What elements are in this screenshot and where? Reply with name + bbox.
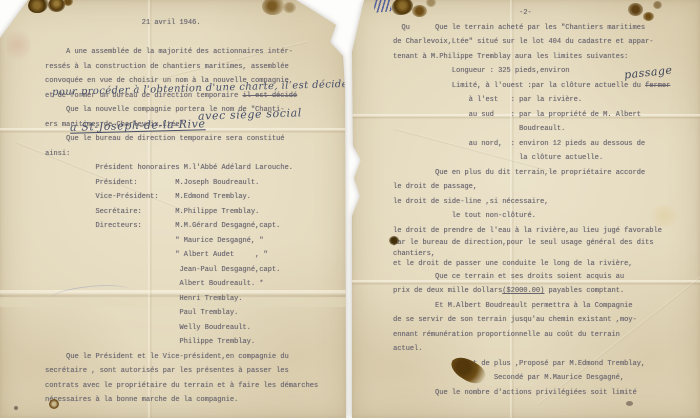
ink-speck bbox=[14, 406, 18, 410]
typed-line: ainsi: bbox=[45, 147, 318, 162]
typed-line: de se servir de son terrain jusqu'au che… bbox=[393, 313, 670, 328]
blue-pen-mark bbox=[373, 0, 391, 13]
document-page-2: -2- Qu Que le terrain acheté par les "Ch… bbox=[352, 0, 700, 418]
typed-line bbox=[45, 31, 318, 46]
typed-line: Président honoraires M.l'Abbé Adélard La… bbox=[45, 161, 318, 176]
typed-line: le droit de side-line ,si nécessaire, bbox=[393, 195, 670, 210]
typed-line: Boudreault. bbox=[393, 122, 670, 137]
rust-stain bbox=[63, 0, 73, 6]
typed-line: Président: M.Joseph Boudreault. bbox=[45, 176, 318, 191]
typed-line: Vice-Président: M.Edmond Tremblay. bbox=[45, 190, 318, 205]
rust-stain bbox=[48, 0, 65, 12]
typed-line: le droit de passage, bbox=[393, 180, 670, 195]
typed-line: Henri Tremblay. bbox=[45, 292, 318, 307]
typed-line: " Albert Audet , " bbox=[45, 248, 318, 263]
typed-line: Welly Boudreault. bbox=[45, 321, 318, 336]
ink-speck bbox=[626, 401, 633, 406]
typed-line: Que le Président et le Vice-président,en… bbox=[45, 350, 318, 365]
typed-line: Jean-Paul Desgagné,capt. bbox=[45, 263, 318, 278]
typed-line: au sud : par la propriété de M. Albert bbox=[393, 108, 670, 123]
corrected-text: il est décidé bbox=[242, 92, 297, 100]
typed-line: le droit de prendre de l'eau à la rivièr… bbox=[393, 224, 670, 239]
typed-line: Il est de plus ,Proposé par M.Edmond Tre… bbox=[393, 357, 670, 372]
corrected-text: fermer bbox=[645, 82, 670, 90]
typed-line: le tout non-clôturé. bbox=[393, 209, 670, 224]
document-page-1: 21 avril 1946. A une assemblée de la maj… bbox=[0, 0, 346, 418]
typed-line: nécessaires à la bonne marche de la comp… bbox=[45, 393, 318, 408]
typed-line: et le droit de passer une conduite le lo… bbox=[393, 259, 670, 270]
typed-line: Que en plus du dit terrain,le propriétai… bbox=[393, 166, 670, 181]
typed-line: Que le nombre d'actions privilégiées soi… bbox=[393, 386, 670, 401]
page-2-wrapper: -2- Qu Que le terrain acheté par les "Ch… bbox=[352, 0, 700, 418]
scanned-document: 21 avril 1946. A une assemblée de la maj… bbox=[0, 0, 700, 418]
page-1-wrapper: 21 avril 1946. A une assemblée de la maj… bbox=[0, 0, 346, 418]
brown-stain bbox=[262, 0, 284, 15]
typed-line: de Charlevoix,Ltée" situé sur le lot 404… bbox=[393, 35, 670, 50]
typed-line: prix de deux mille dollars($2000.00) pay… bbox=[393, 284, 670, 299]
faded-pink-smudge bbox=[6, 26, 30, 64]
typed-line: -2- bbox=[393, 6, 670, 21]
typed-line: ennant rémunération proportionnelle au c… bbox=[393, 328, 670, 343]
typed-line: Directeurs: M.M.Gérard Desgagné,capt. bbox=[45, 219, 318, 234]
typed-line: Paul Tremblay. bbox=[45, 306, 318, 321]
typed-line: Secrétaire: M.Philippe Tremblay. bbox=[45, 205, 318, 220]
typed-line: actuel. bbox=[393, 342, 670, 357]
typed-line: Que ce terrain et ses droits soient acqu… bbox=[393, 270, 670, 285]
typed-text-block: -2- Qu Que le terrain acheté par les "Ch… bbox=[393, 6, 670, 400]
typed-line: Et M.Albert Boudreault permettra à la Co… bbox=[393, 299, 670, 314]
typed-line: Albert Boudreault. * bbox=[45, 277, 318, 292]
typed-line: la clôture actuelle. bbox=[393, 151, 670, 166]
typed-line: secrétaire , sont autorisés par les prés… bbox=[45, 364, 318, 379]
typed-line: A une assemblée de la majorité des actio… bbox=[45, 45, 318, 60]
typed-line: Secondé par M.Maurice Desgagné, bbox=[393, 371, 670, 386]
typed-line: au nord, : environ 12 pieds au dessous d… bbox=[393, 137, 670, 152]
typed-line: tenant à M.Philippe Tremblay aura les li… bbox=[393, 50, 670, 65]
typed-line: " Maurice Desgagné, " bbox=[45, 234, 318, 249]
typed-text-block: 21 avril 1946. A une assemblée de la maj… bbox=[45, 16, 318, 408]
brown-stain bbox=[283, 2, 296, 13]
typed-line: Qu Que le terrain acheté par les "Chanti… bbox=[393, 21, 670, 36]
typed-line: Philippe Tremblay. bbox=[45, 335, 318, 350]
typed-line: par le bureau de direction,pour le seul … bbox=[393, 238, 670, 249]
rust-stain bbox=[28, 0, 48, 13]
typed-line: chantiers, bbox=[393, 249, 670, 260]
typed-line: Que le bureau de direction temporaire se… bbox=[45, 132, 318, 147]
corrected-text: ($2000.00) bbox=[502, 287, 544, 295]
typed-line: ressés à la construction de chantiers ma… bbox=[45, 60, 318, 75]
typed-line: à l'est : par la rivière. bbox=[393, 93, 670, 108]
typed-line: contrats avec le propriétaire du terrain… bbox=[45, 379, 318, 394]
typed-line: 21 avril 1946. bbox=[45, 16, 318, 31]
